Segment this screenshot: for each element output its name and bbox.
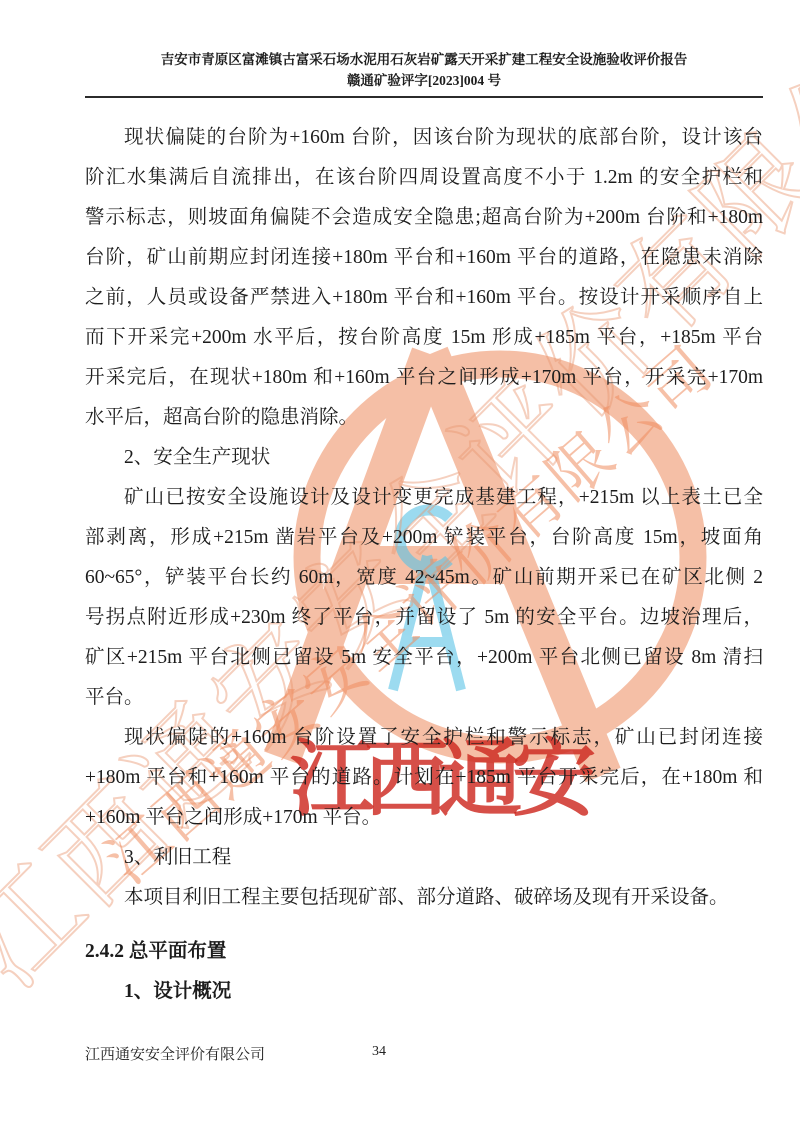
paragraph-line: +160m 平台之间形成+170m 平台。 xyxy=(85,798,763,838)
paragraph: 现状偏陡的台阶为+160m 台阶，因该台阶为现状的底部台阶，设计该台阶汇水集满后… xyxy=(85,118,763,438)
paragraph: 2、安全生产现状 xyxy=(85,438,763,478)
paragraph-line: 台阶，矿山前期应封闭连接+180m 平台和+160m 平台的道路，在隐患未消除 xyxy=(85,238,763,278)
paragraph-line: 平台。 xyxy=(85,678,763,718)
paragraph-line: 现状偏陡的台阶为+160m 台阶，因该台阶为现状的底部台阶，设计该台 xyxy=(85,118,763,158)
paragraph-line: 开采完后，在现状+180m 和+160m 平台之间形成+170m 平台，开采完+… xyxy=(85,358,763,398)
footer-company: 江西通安安全评价有限公司 xyxy=(85,1047,265,1063)
paragraph-line: 阶汇水集满后自流排出，在该台阶四周设置高度不小于 1.2m 的安全护栏和 xyxy=(85,158,763,198)
paragraph-line: 本项目利旧工程主要包括现矿部、部分道路、破碎场及现有开采设备。 xyxy=(85,878,763,918)
paragraph-line: 1、设计概况 xyxy=(85,972,763,1012)
paragraph: 1、设计概况 xyxy=(85,972,763,1012)
paragraph-line: 60~65°，铲装平台长约 60m，宽度 42~45m。矿山前期开采已在矿区北侧… xyxy=(85,558,763,598)
paragraph-line: 矿区+215m 平台北侧已留设 5m 安全平台，+200m 平台北侧已留设 8m… xyxy=(85,638,763,678)
paragraph-line: 水平后，超高台阶的隐患消除。 xyxy=(85,398,763,438)
paragraph-line: 而下开采完+200m 水平后，按台阶高度 15m 形成+185m 平台，+185… xyxy=(85,318,763,358)
page-header: 吉安市青原区富滩镇古富采石场水泥用石灰岩矿露天开采扩建工程安全设施验收评价报告 … xyxy=(85,50,763,92)
paragraph: 现状偏陡的+160m 台阶设置了安全护栏和警示标志，矿山已封闭连接+180m 平… xyxy=(85,718,763,838)
page-number: 34 xyxy=(372,1044,386,1060)
page-footer: 江西通安安全评价有限公司 34 xyxy=(85,1043,763,1064)
paragraph-line: 2、安全生产现状 xyxy=(85,438,763,478)
paragraph: 2.4.2 总平面布置 xyxy=(85,932,763,972)
paragraph-line: 之前，人员或设备严禁进入+180m 平台和+160m 平台。按设计开采顺序自上 xyxy=(85,278,763,318)
doc-number: 赣通矿验评字[2023]004 号 xyxy=(85,71,763,92)
paragraph: 本项目利旧工程主要包括现矿部、部分道路、破碎场及现有开采设备。 xyxy=(85,878,763,918)
paragraph: 3、利旧工程 xyxy=(85,838,763,878)
header-rule xyxy=(85,96,763,98)
paragraph-line: +180m 平台和+160m 平台的道路。计划在+185m 平台开采完后，在+1… xyxy=(85,758,763,798)
paragraph-line: 号拐点附近形成+230m 终了平台，并留设了 5m 的安全平台。边坡治理后， xyxy=(85,598,763,638)
paragraph-line: 部剥离，形成+215m 凿岩平台及+200m 铲装平台，台阶高度 15m，坡面角 xyxy=(85,518,763,558)
paragraph: 矿山已按安全设施设计及设计变更完成基建工程，+215m 以上表土已全部剥离，形成… xyxy=(85,478,763,718)
report-title: 吉安市青原区富滩镇古富采石场水泥用石灰岩矿露天开采扩建工程安全设施验收评价报告 xyxy=(85,50,763,71)
document-page: 江西通安安全评价有限公司 江西通安安全评价有限公司 江西通安 吉安市青原区富滩镇… xyxy=(0,0,800,1131)
paragraph-line: 警示标志，则坡面角偏陡不会造成安全隐患;超高台阶为+200m 台阶和+180m xyxy=(85,198,763,238)
paragraph-line: 3、利旧工程 xyxy=(85,838,763,878)
paragraph-line: 现状偏陡的+160m 台阶设置了安全护栏和警示标志，矿山已封闭连接 xyxy=(85,718,763,758)
document-body: 现状偏陡的台阶为+160m 台阶，因该台阶为现状的底部台阶，设计该台阶汇水集满后… xyxy=(85,98,763,1012)
paragraph-line: 矿山已按安全设施设计及设计变更完成基建工程，+215m 以上表土已全 xyxy=(85,478,763,518)
paragraph-line: 2.4.2 总平面布置 xyxy=(85,932,763,972)
